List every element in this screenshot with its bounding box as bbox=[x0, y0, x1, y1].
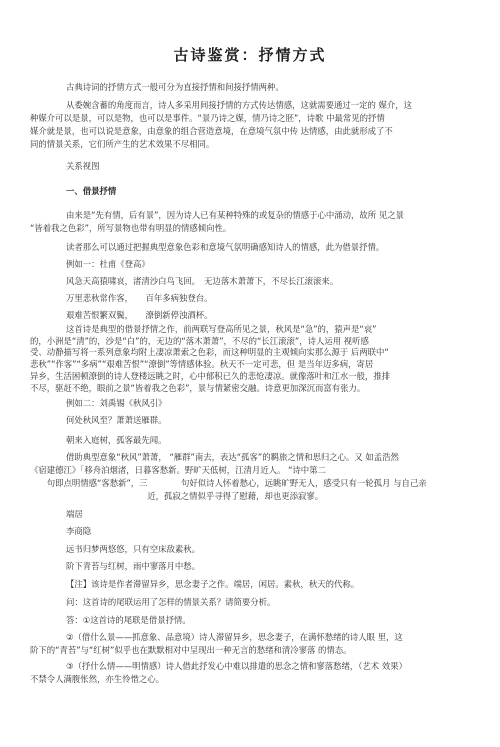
poem3-line1: 远书归梦两悠悠，只有空床敌素秋。 bbox=[30, 543, 470, 556]
document-page: 古诗鉴赏：抒情方式 古典诗词的抒情方式一般可分为直接抒情和间接抒情两种。 从委婉… bbox=[0, 0, 500, 747]
answer1-paragraph: 答：①这首诗的尾联是借景抒情。 bbox=[30, 614, 470, 627]
note-paragraph: 【注】该诗是作者滞留异乡，思念妻子之作。端居，闲居。素秋，秋天的代称。 bbox=[30, 578, 470, 591]
poem2-line2: 朝来入庭树，孤客最先闻。 bbox=[30, 434, 470, 447]
poem3-author: 李商隐 bbox=[30, 525, 470, 538]
example2-label: 例如二：刘禹锡《秋风引》 bbox=[30, 397, 470, 410]
analysis2-paragraph: 借助典型意象“秋风”萧萧， “雁群”南去，表达“孤客”的羁旅之情和思归之心。又 … bbox=[30, 451, 470, 503]
poem1-line3: 艰难苦恨繁双鬓， 潦倒新停浊酒杯。 bbox=[30, 309, 470, 322]
example1-label: 例如一：杜甫《登高》 bbox=[30, 258, 470, 271]
poem1-line2: 万里悲秋常作客， 百年多病独登台。 bbox=[30, 292, 470, 305]
answer3-paragraph: ③（抒什么情——明情感）诗人借此抒发心中难以排遣的思念之情和寥落愁绪，（艺术 效… bbox=[30, 660, 470, 686]
answer2-paragraph: ②（借什么景——抓意象、品意境）诗人滞留异乡，思念妻子，在满怀愁绪的诗人眼 里，… bbox=[30, 631, 470, 657]
section-heading-borrowed-scene: 一、借景抒情 bbox=[30, 185, 470, 198]
document-content: 古诗鉴赏：抒情方式 古典诗词的抒情方式一般可分为直接抒情和间接抒情两种。 从委婉… bbox=[0, 0, 500, 686]
poem3-line2: 阶下青苔与红树，雨中寥落月中愁。 bbox=[30, 560, 470, 573]
poem3-title: 端居 bbox=[30, 508, 470, 521]
document-title: 古诗鉴赏：抒情方式 bbox=[30, 44, 470, 65]
poem1-line1: 风急天高猿啸哀，渚清沙白鸟飞回。 无边落木萧萧下，不尽长江滚滚来。 bbox=[30, 275, 470, 288]
relation-diagram-label: 关系视图 bbox=[30, 160, 470, 173]
question-paragraph: 问：这首诗的尾联运用了怎样的情景关系？请简要分析。 bbox=[30, 596, 470, 609]
intro-paragraph: 古典诗词的抒情方式一般可分为直接抒情和间接抒情两种。 bbox=[30, 81, 470, 94]
poem2-line1: 何处秋风至？萧萧送雁群。 bbox=[30, 414, 470, 427]
reader-paragraph: 读者那么可以通过把握典型意象色彩和意境气氛明确感知诗人的情感，此为借景抒情。 bbox=[30, 241, 470, 254]
media-paragraph: 从委婉含蓄的角度而言，诗人多采用间接抒情的方式传达情感，这就需要通过一定的 媒介… bbox=[30, 99, 470, 151]
origin-paragraph: 由来是“先有情，后有景”，因为诗人已有某种特殊的或复杂的情感于心中涌动，故所 见… bbox=[30, 209, 470, 235]
analysis1-paragraph: 这首诗是典型的借景抒情之作，前两联写登高所见之景，秋风是“急”的，猿声是“哀” … bbox=[30, 324, 470, 394]
